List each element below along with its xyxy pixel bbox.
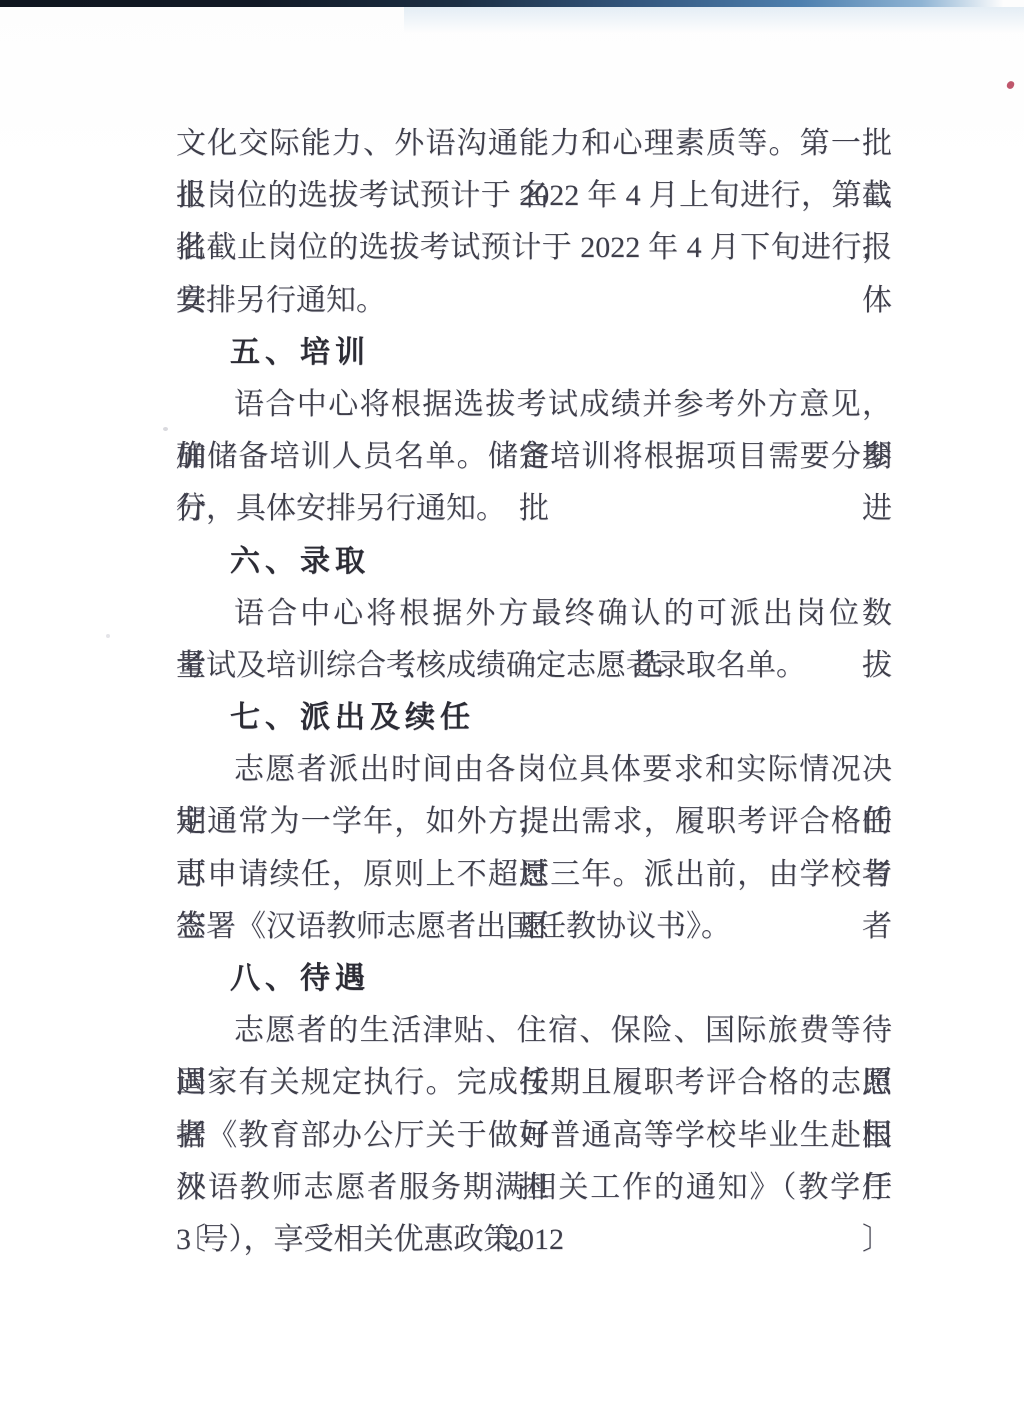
red-ink-speck [1006,80,1015,90]
text-line: 语合中心将根据选拔考试成绩并参考外方意见，确定参 [176,379,892,431]
scan-noise-speck [163,427,168,431]
text-line: 可申请续任，原则上不超过三年。派出前，由学校与志愿者 [176,849,892,901]
text-line: 考试及培训综合考核成绩确定志愿者录取名单。 [176,640,892,692]
scan-top-edge-artifact [0,0,1024,7]
text-line: 加储备培训人员名单。储备培训将根据项目需要分期分批进 [176,431,892,483]
text-line: 汉语教师志愿者服务期满相关工作的通知》（教学厅〔2012〕 [176,1162,892,1214]
text-line: 名截止岗位的选拔考试预计于 2022 年 4 月下旬进行，具体 [176,222,892,274]
text-line: 文化交际能力、外语沟通能力和心理素质等。第一批报名截 [176,118,892,170]
text-line: 语合中心将根据外方最终确认的可派出岗位数量、选拔 [176,588,892,640]
document-text-block: 文化交际能力、外语沟通能力和心理素质等。第一批报名截 止岗位的选拔考试预计于 2… [176,118,892,1266]
text-line: 据《教育部办公厅关于做好普通高等学校毕业生赴国外担任 [176,1110,892,1162]
scanned-page: 文化交际能力、外语沟通能力和心理素质等。第一批报名截 止岗位的选拔考试预计于 2… [0,0,1024,1408]
section-heading-dispatch: 七、派出及续任 [176,692,892,744]
scan-top-blue-wash [404,7,1024,33]
text-line: 期通常为一学年，如外方提出需求，履职考评合格的志愿者 [176,796,892,848]
scan-noise-speck [106,634,110,638]
text-line: 志愿者的生活津贴、住宿、保险、国际旅费等待遇按照 [176,1005,892,1057]
text-line: 志愿者派出时间由各岗位具体要求和实际情况决定，任 [176,744,892,796]
section-heading-training: 五、培训 [176,327,892,379]
text-line: 国家有关规定执行。完成任期且履职考评合格的志愿者可根 [176,1057,892,1109]
section-heading-admission: 六、录取 [176,536,892,588]
section-heading-benefits: 八、待遇 [176,953,892,1005]
text-line: 止岗位的选拔考试预计于 2022 年 4 月上旬进行，第二批报 [176,170,892,222]
